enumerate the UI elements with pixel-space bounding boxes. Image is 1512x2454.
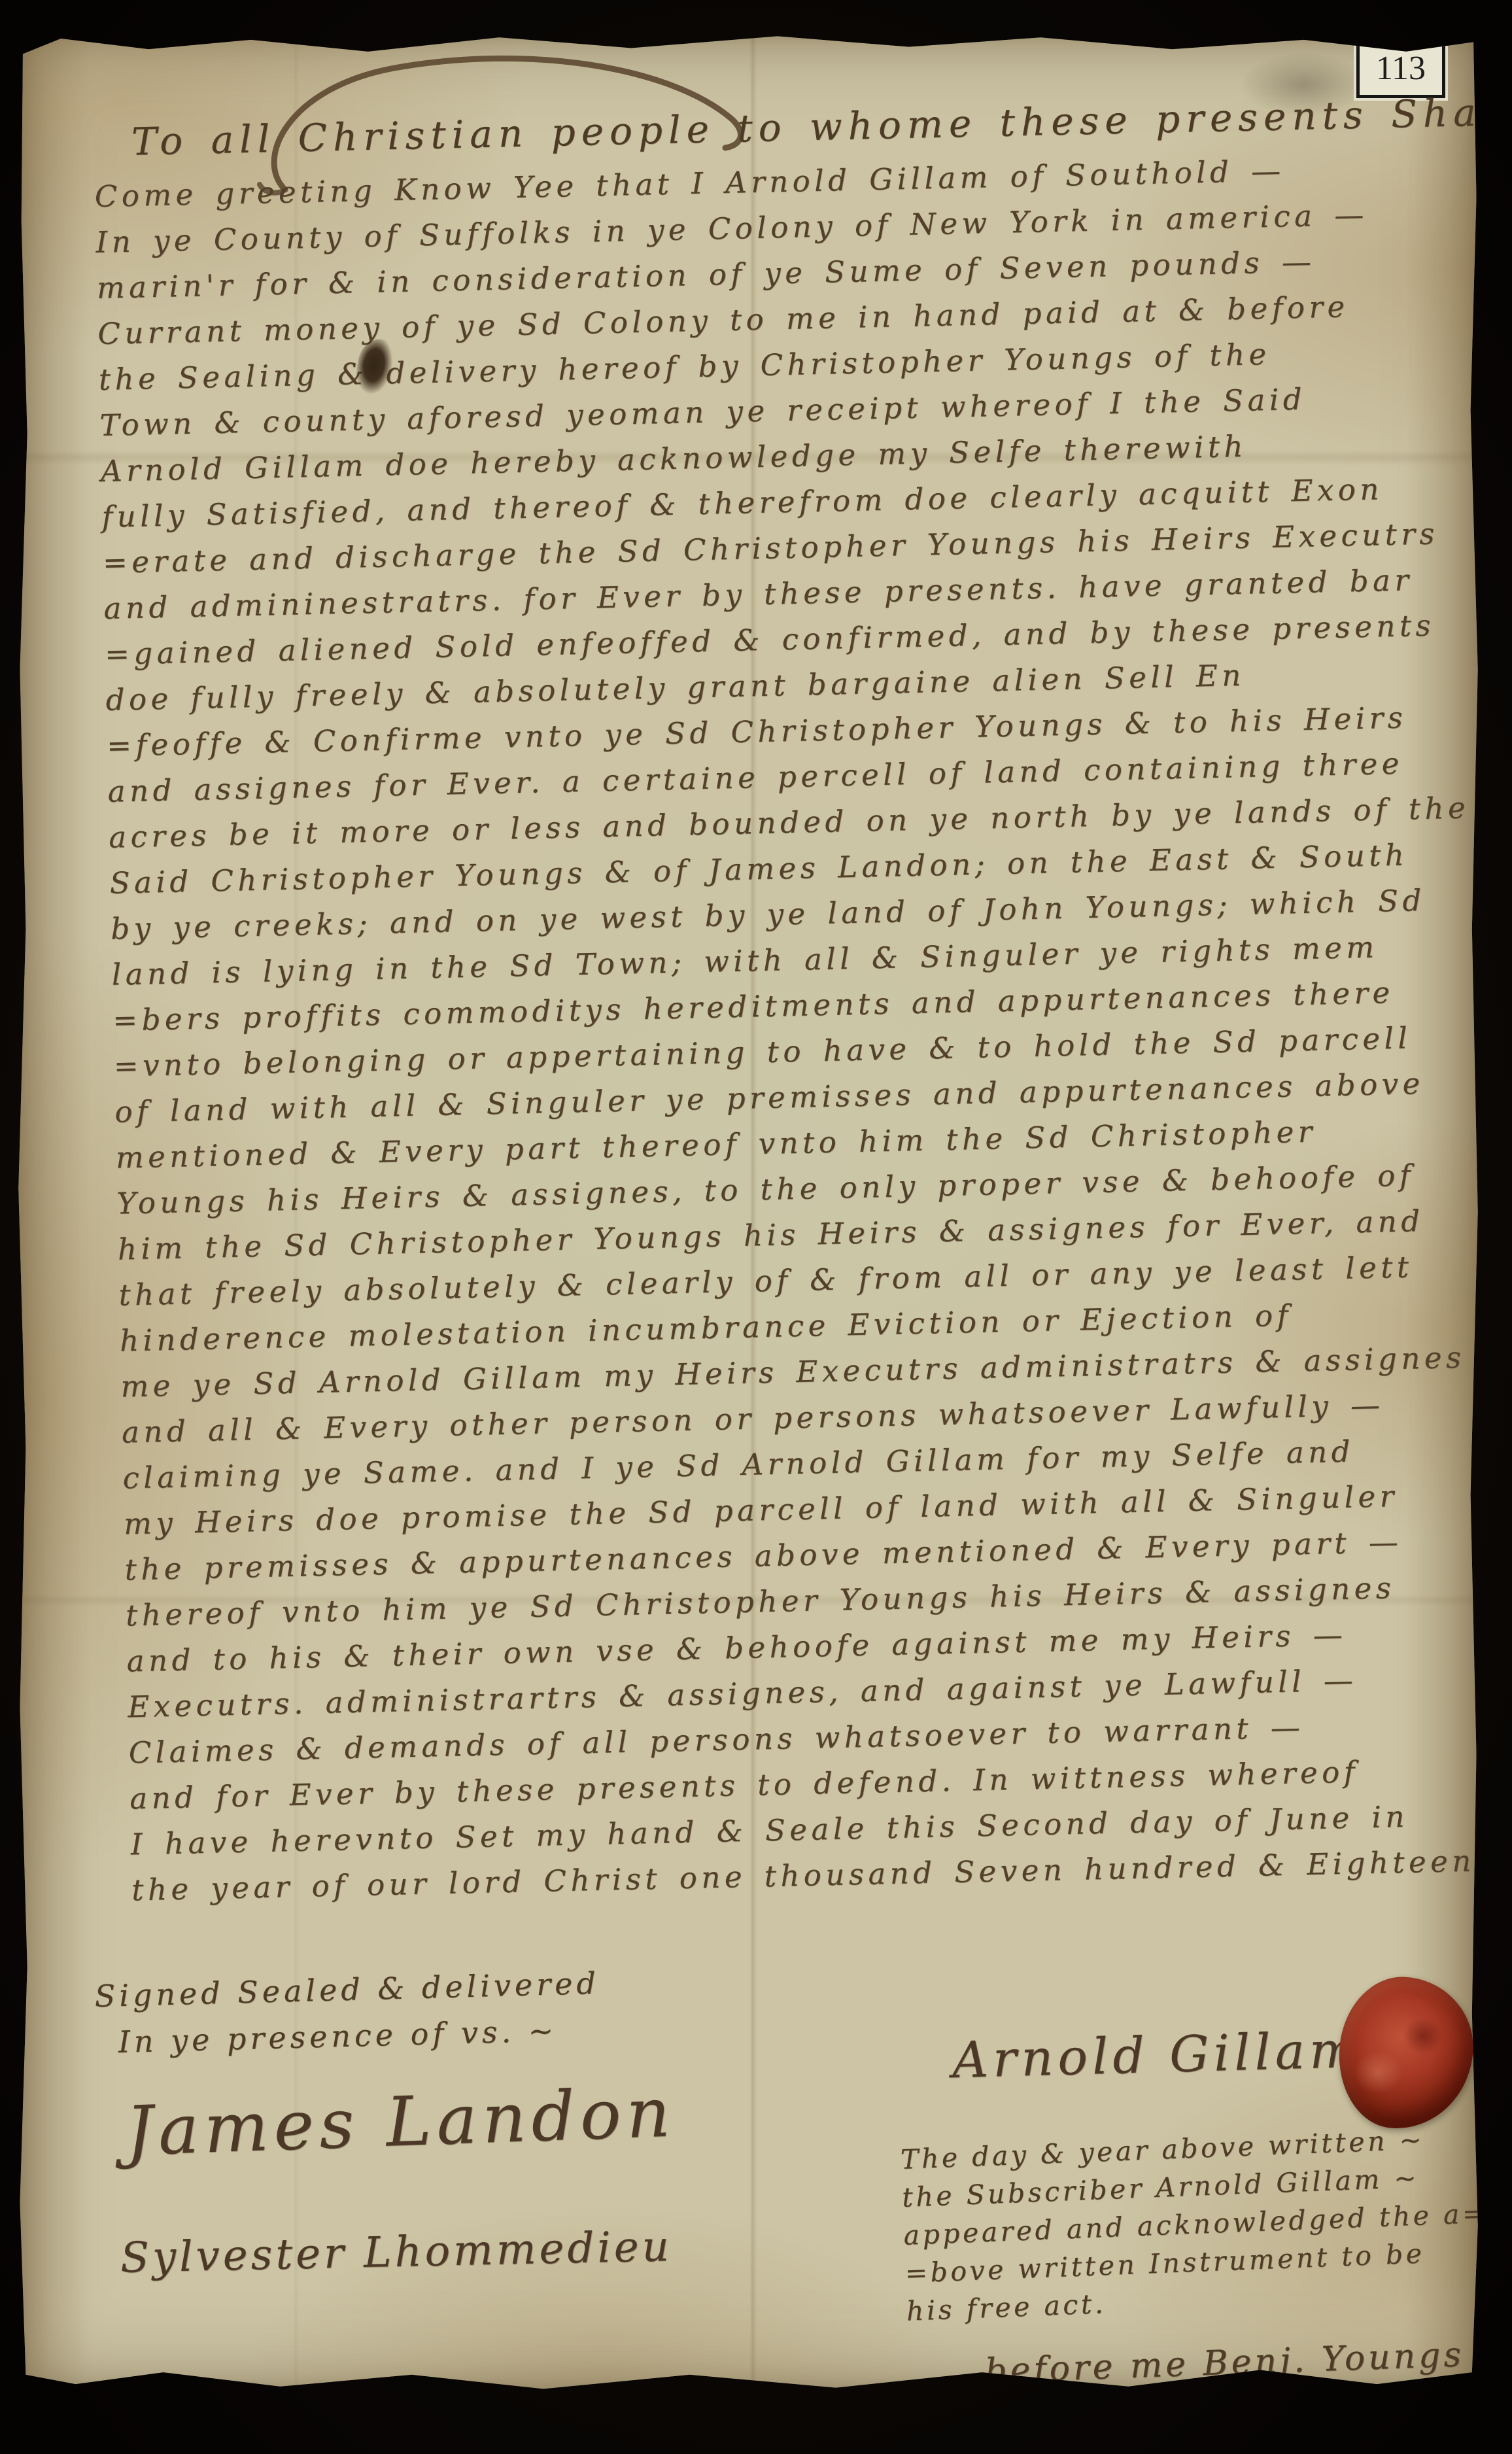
witness-signature-sylvester-lhommedieu: Sylvester Lhommedieu (120, 2222, 672, 2283)
deed-body-text: To all Christian people to whome these p… (93, 82, 1481, 1913)
attestation-block: Signed Sealed & delivered In ye presence… (94, 1979, 840, 2060)
acknowledgment-text: The day & year above written ~the Subscr… (900, 2118, 1491, 2330)
grantor-signature-arnold-gillam: Arnold Gillam (952, 2020, 1362, 2089)
document-paper: 113 To all Christian people to whome the… (17, 33, 1479, 2391)
attestation-line-signed-sealed: Signed Sealed & delivered (94, 1959, 840, 2014)
attestation-line-presence: In ye presence of vs. ~ (118, 2005, 840, 2060)
officer-title: Justice pece (1220, 2376, 1445, 2423)
officer-attestation: before me Benj. Youngs (984, 2335, 1465, 2391)
wax-seal (1334, 1973, 1478, 2134)
page-number: 113 (1376, 49, 1426, 88)
witness-signature-james-landon: James Landon (124, 2072, 676, 2171)
scan-background: 113 To all Christian people to whome the… (0, 0, 1512, 2454)
